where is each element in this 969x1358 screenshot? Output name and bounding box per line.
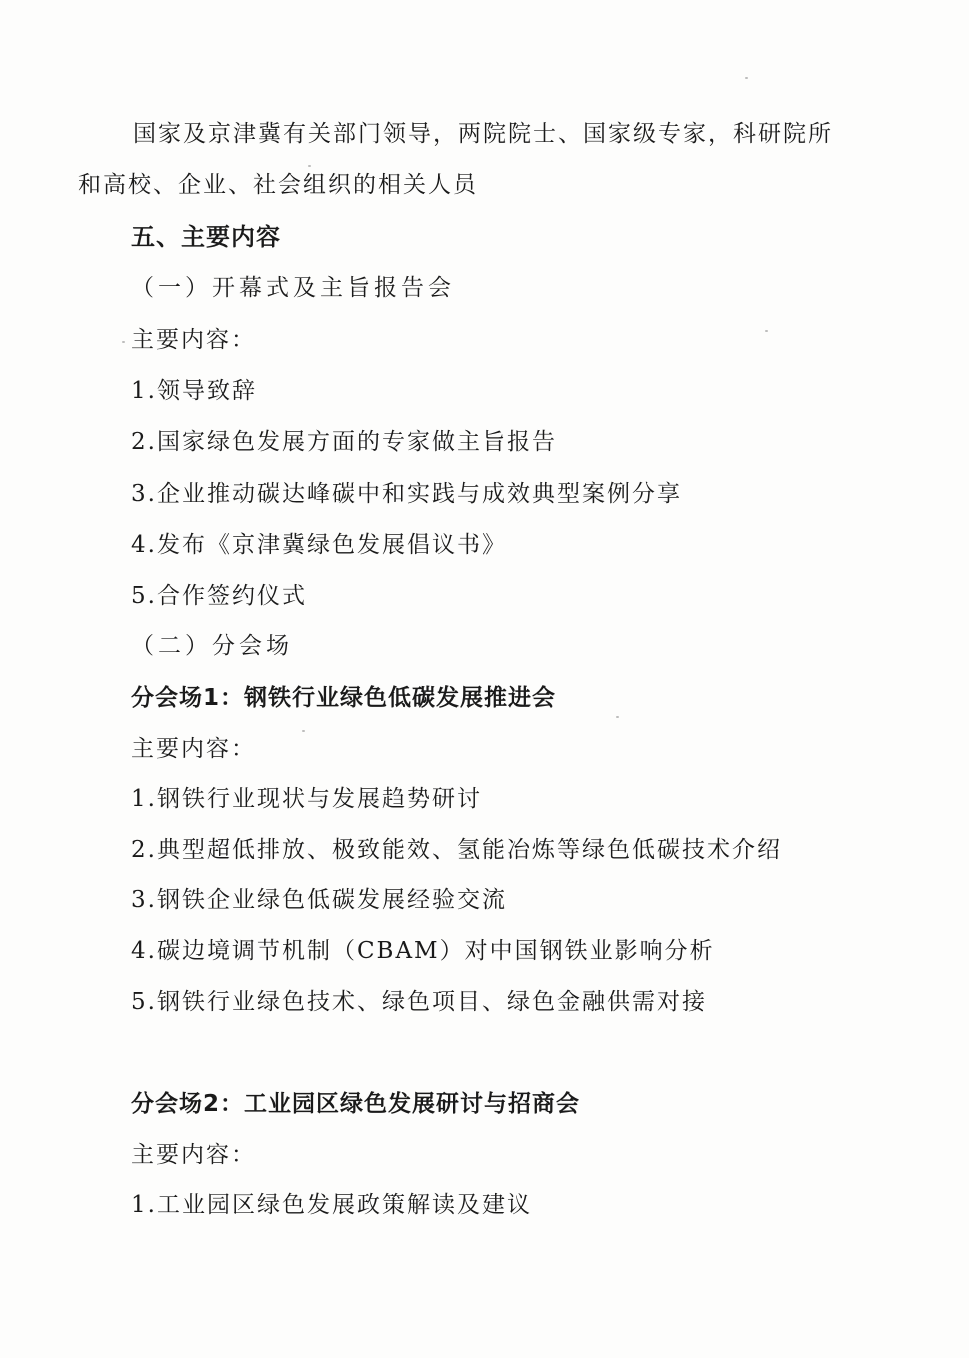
venue-two-content-label: 主要内容：	[131, 1140, 256, 1170]
venue-one-item-1: 1.钢铁行业现状与发展趋势研讨	[131, 784, 482, 814]
section-five-title: 五、主要内容	[131, 222, 281, 252]
venue-two-title: 分会场2：工业园区绿色发展研讨与招商会	[131, 1089, 580, 1119]
venue-one-item-4: 4.碳边境调节机制（CBAM）对中国钢铁业影响分析	[131, 936, 715, 966]
scan-speck	[616, 716, 619, 718]
part-one-title: （一）开幕式及主旨报告会	[131, 273, 455, 303]
part-two-title: （二）分会场	[131, 631, 293, 661]
participants-line-2: 和高校、企业、社会组织的相关人员	[78, 170, 478, 200]
part-one-item-2: 2.国家绿色发展方面的专家做主旨报告	[131, 427, 557, 457]
scan-speck	[765, 330, 768, 332]
venue-one-item-2: 2.典型超低排放、极致能效、氢能冶炼等绿色低碳技术介绍	[131, 835, 782, 865]
part-one-item-4: 4.发布《京津冀绿色发展倡议书》	[131, 530, 507, 560]
part-one-item-1: 1.领导致辞	[131, 376, 257, 406]
venue-two-item-1: 1.工业园区绿色发展政策解读及建议	[131, 1190, 532, 1220]
scan-speck	[745, 77, 748, 79]
part-one-item-3: 3.企业推动碳达峰碳中和实践与成效典型案例分享	[131, 479, 682, 509]
venue-one-title: 分会场1：钢铁行业绿色低碳发展推进会	[131, 683, 556, 713]
scan-speck	[308, 165, 311, 167]
part-one-item-5: 5.合作签约仪式	[131, 581, 307, 611]
scan-speck	[122, 341, 125, 343]
participants-line-1: 国家及京津冀有关部门领导，两院院士、国家级专家，科研院所	[133, 119, 833, 149]
venue-one-item-5: 5.钢铁行业绿色技术、绿色项目、绿色金融供需对接	[131, 987, 707, 1017]
venue-one-item-3: 3.钢铁企业绿色低碳发展经验交流	[131, 885, 507, 915]
venue-one-content-label: 主要内容：	[131, 734, 256, 764]
part-one-content-label: 主要内容：	[131, 325, 256, 355]
scan-speck	[302, 730, 305, 732]
document-page: 国家及京津冀有关部门领导，两院院士、国家级专家，科研院所 和高校、企业、社会组织…	[0, 0, 969, 1358]
